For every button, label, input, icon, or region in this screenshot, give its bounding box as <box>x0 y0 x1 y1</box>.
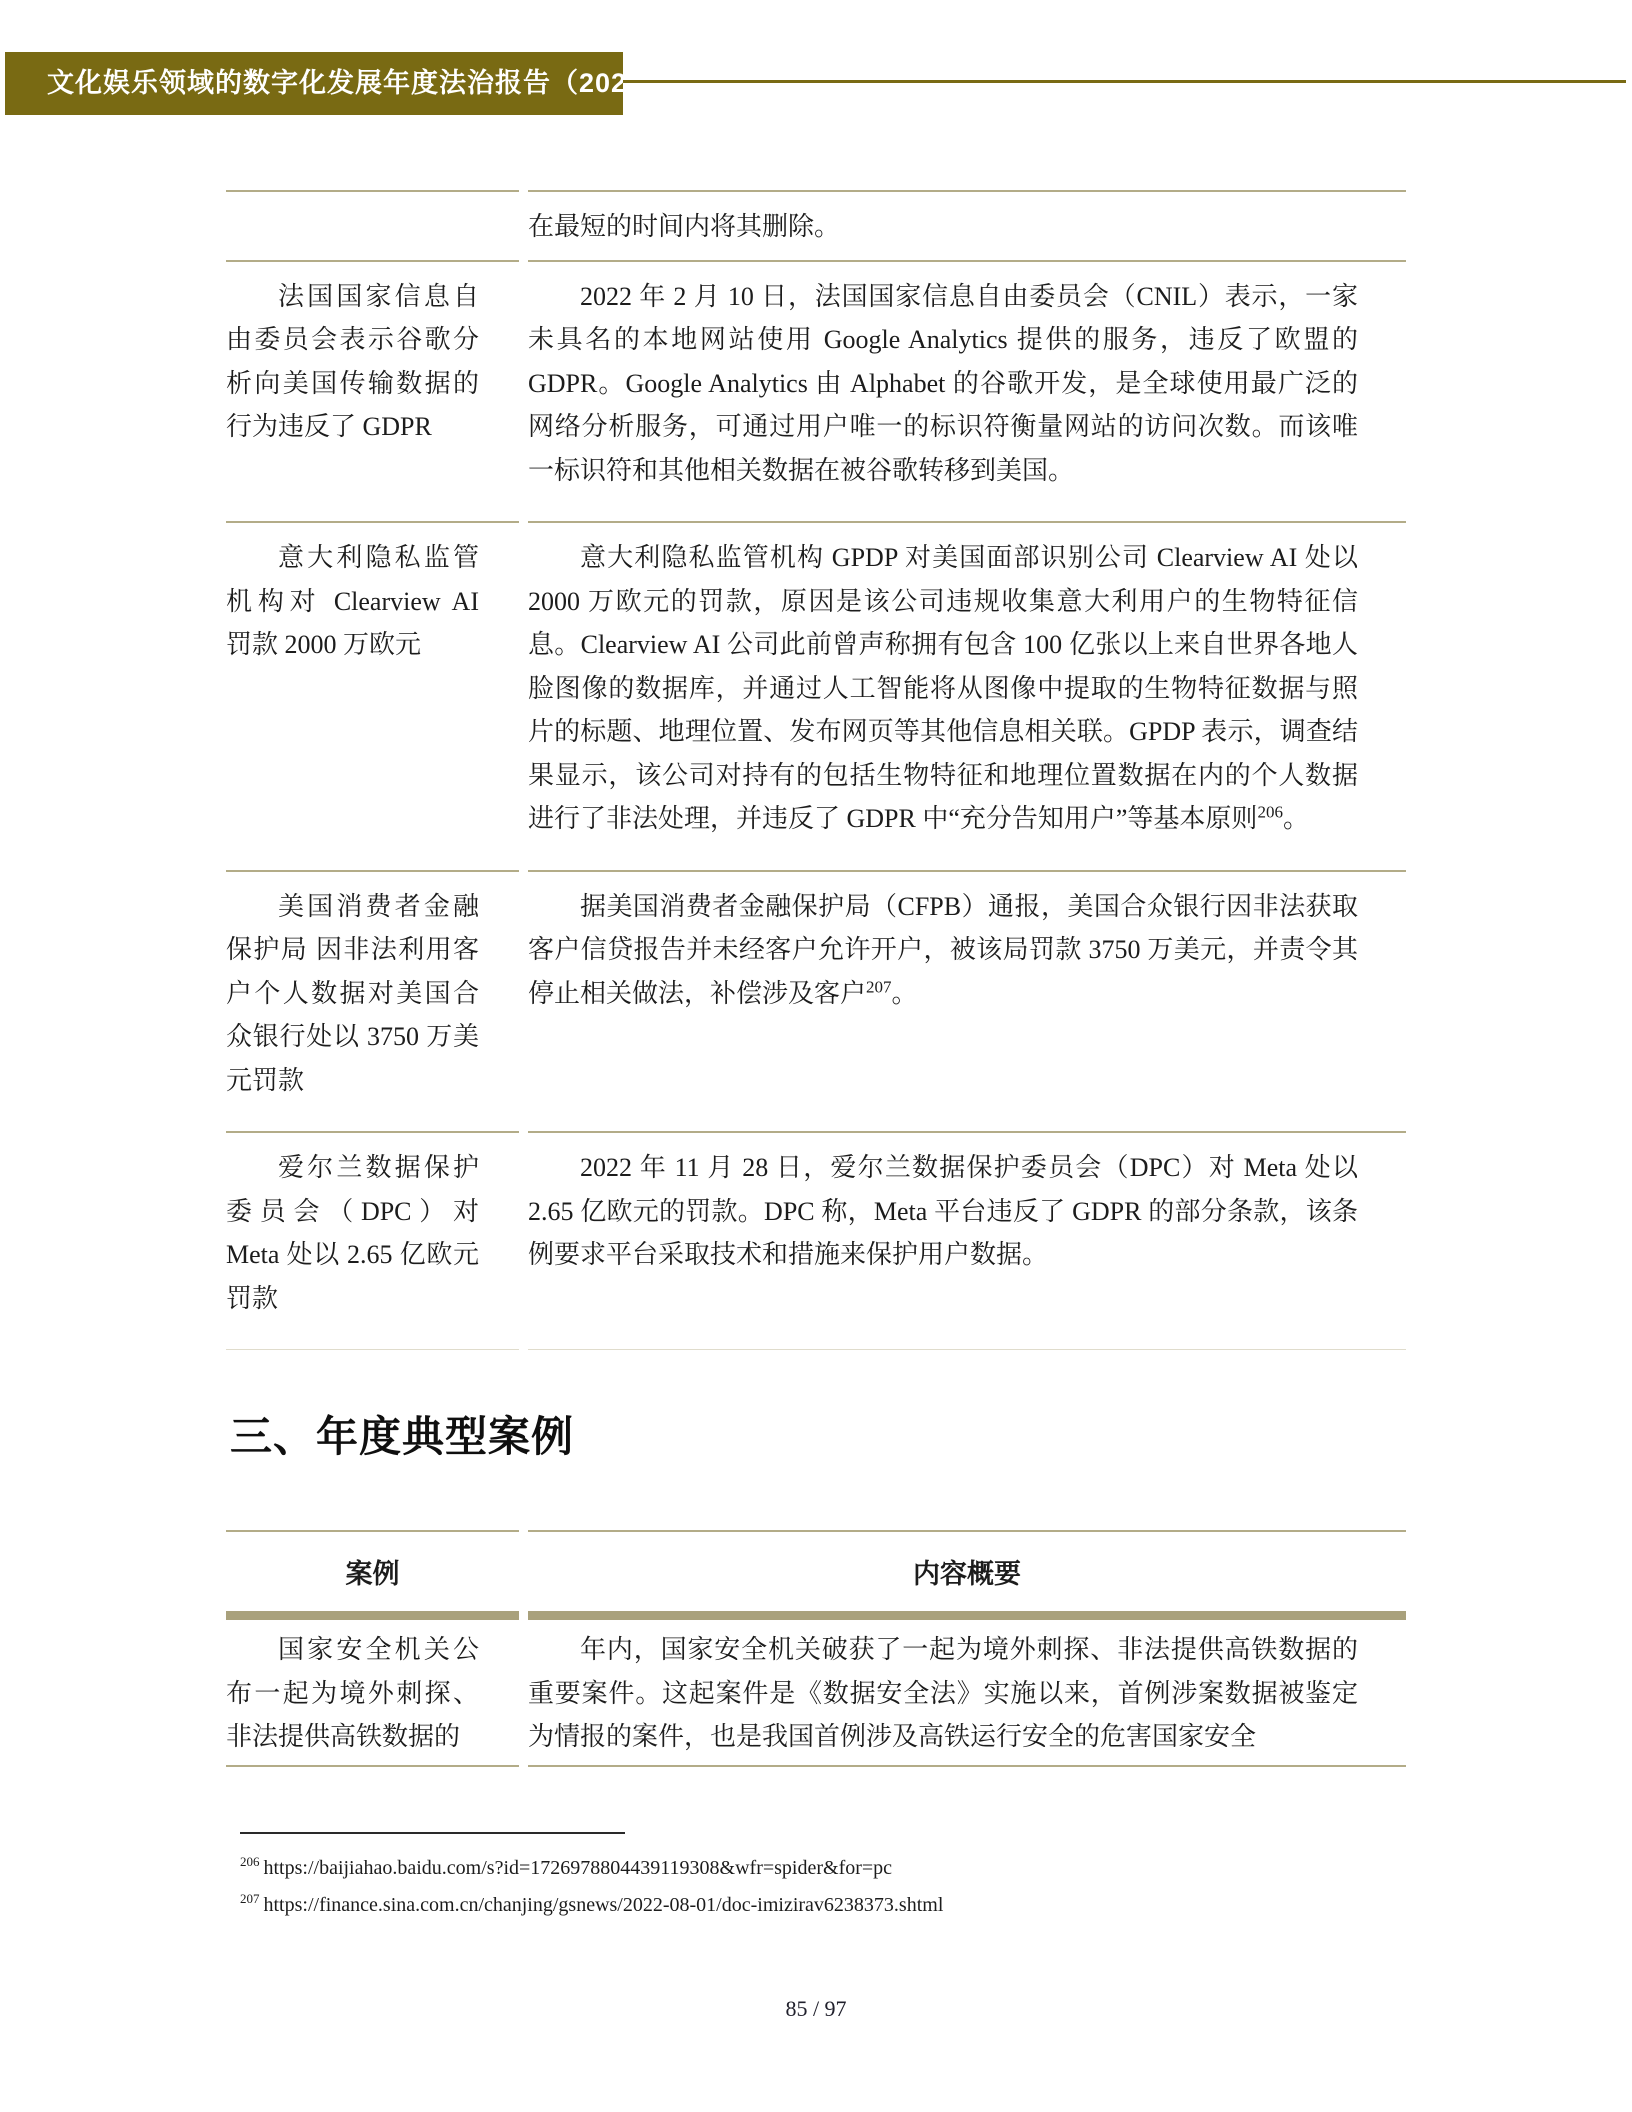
footnote-number: 206 <box>240 1854 260 1869</box>
table-row: 法国国家信息自由委员会表示谷歌分析向美国传输数据的行为违反了 GDPR 2022… <box>226 260 1406 522</box>
case-summary: 据美国消费者金融保护局（CFPB）通报，美国合众银行因非法获取客户信贷报告并未经… <box>528 885 1358 1016</box>
table-row: 爱尔兰数据保护委员会（DPC）对 Meta 处以 2.65 亿欧元罚款 2022… <box>226 1131 1406 1350</box>
case-title: 美国消费者金融保护局 因非法利用客户个人数据对美国合众银行处以 3750 万美元… <box>226 885 479 1103</box>
case-summary-cell: 2022 年 11 月 28 日，爱尔兰数据保护委员会（DPC）对 Meta 处… <box>528 1131 1406 1350</box>
footnotes-section: 206https://baijiahao.baidu.com/s?id=1726… <box>240 1832 1340 1924</box>
case-title-cell: 爱尔兰数据保护委员会（DPC）对 Meta 处以 2.65 亿欧元罚款 <box>226 1131 519 1350</box>
case-title-cell: 国家安全机关公布一起为境外刺探、非法提供高铁数据的 <box>226 1620 519 1767</box>
footnote-207: 207https://finance.sina.com.cn/chanjing/… <box>240 1887 1340 1924</box>
case-title-cell: 法国国家信息自由委员会表示谷歌分析向美国传输数据的行为违反了 GDPR <box>226 260 519 522</box>
case-title: 爱尔兰数据保护委员会（DPC）对 Meta 处以 2.65 亿欧元罚款 <box>226 1146 479 1320</box>
report-title: 文化娱乐领域的数字化发展年度法治报告（2022） <box>47 68 671 98</box>
table-header-summary: 内容概要 <box>528 1530 1406 1620</box>
case-summary-cell: 年内，国家安全机关破获了一起为境外刺探、非法提供高铁数据的重要案件。这起案件是《… <box>528 1620 1406 1767</box>
page-number: 85 / 97 <box>0 1996 1632 2022</box>
case-summary-cell: 在最短的时间内将其删除。 <box>528 190 1406 260</box>
header-rule <box>623 80 1626 83</box>
footnote-divider <box>240 1832 625 1834</box>
footnote-url: https://finance.sina.com.cn/chanjing/gsn… <box>264 1894 944 1916</box>
footnote-number: 207 <box>240 1891 260 1906</box>
footnote-url: https://baijiahao.baidu.com/s?id=1726978… <box>264 1857 893 1879</box>
case-summary-cell: 意大利隐私监管机构 GPDP 对美国面部识别公司 Clearview AI 处以… <box>528 521 1406 870</box>
case-summary: 在最短的时间内将其删除。 <box>528 205 1358 249</box>
table-header-case: 案例 <box>226 1530 519 1620</box>
table-row: 意大利隐私监管机构对 Clearview AI 罚款 2000 万欧元 意大利隐… <box>226 521 1406 870</box>
case-title: 国家安全机关公布一起为境外刺探、非法提供高铁数据的 <box>226 1628 479 1759</box>
case-title: 法国国家信息自由委员会表示谷歌分析向美国传输数据的行为违反了 GDPR <box>226 275 479 449</box>
footnote-206: 206https://baijiahao.baidu.com/s?id=1726… <box>240 1850 1340 1887</box>
typical-cases-table: 案例 内容概要 国家安全机关公布一起为境外刺探、非法提供高铁数据的 年内，国家安… <box>226 1530 1406 1767</box>
table-row: 美国消费者金融保护局 因非法利用客户个人数据对美国合众银行处以 3750 万美元… <box>226 870 1406 1132</box>
case-summary-cell: 据美国消费者金融保护局（CFPB）通报，美国合众银行因非法获取客户信贷报告并未经… <box>528 870 1406 1132</box>
table-header-row: 案例 内容概要 <box>226 1530 1406 1620</box>
case-summary: 2022 年 2 月 10 日，法国国家信息自由委员会（CNIL）表示，一家未具… <box>528 275 1358 493</box>
case-summary: 年内，国家安全机关破获了一起为境外刺探、非法提供高铁数据的重要案件。这起案件是《… <box>528 1628 1358 1759</box>
case-title-cell: 美国消费者金融保护局 因非法利用客户个人数据对美国合众银行处以 3750 万美元… <box>226 870 519 1132</box>
gdpr-penalties-table: 在最短的时间内将其删除。 法国国家信息自由委员会表示谷歌分析向美国传输数据的行为… <box>226 190 1406 1350</box>
case-title: 意大利隐私监管机构对 Clearview AI 罚款 2000 万欧元 <box>226 536 479 667</box>
section-heading: 三、年度典型案例 <box>230 1408 574 1466</box>
table-row: 国家安全机关公布一起为境外刺探、非法提供高铁数据的 年内，国家安全机关破获了一起… <box>226 1620 1406 1767</box>
case-title-cell: 意大利隐私监管机构对 Clearview AI 罚款 2000 万欧元 <box>226 521 519 870</box>
report-header-bar: 文化娱乐领域的数字化发展年度法治报告（2022） <box>5 52 623 115</box>
footnote-ref-207: 207 <box>866 977 892 996</box>
table-row: 在最短的时间内将其删除。 <box>226 190 1406 260</box>
footnote-ref-206: 206 <box>1257 802 1283 821</box>
case-title-cell <box>226 190 519 260</box>
case-summary-cell: 2022 年 2 月 10 日，法国国家信息自由委员会（CNIL）表示，一家未具… <box>528 260 1406 522</box>
case-summary: 意大利隐私监管机构 GPDP 对美国面部识别公司 Clearview AI 处以… <box>528 536 1358 841</box>
case-summary: 2022 年 11 月 28 日，爱尔兰数据保护委员会（DPC）对 Meta 处… <box>528 1146 1358 1277</box>
